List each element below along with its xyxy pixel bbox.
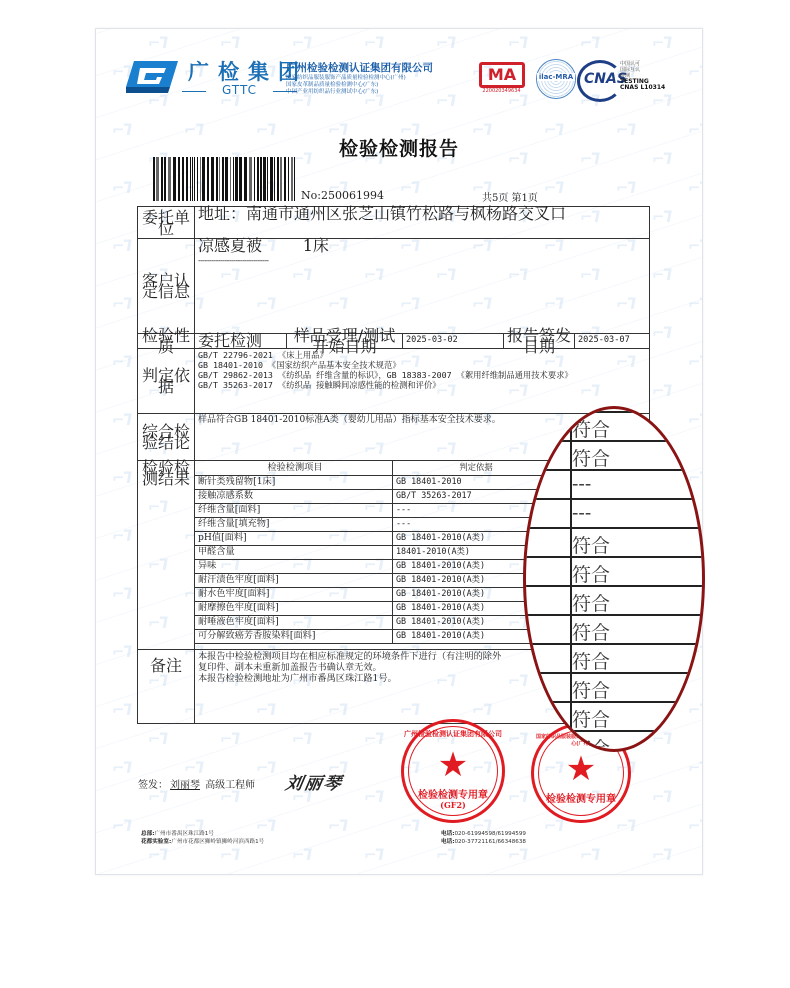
results-row: 甲醛含量18401-2010(A类): [195, 545, 557, 560]
issue-date-label: 报告签发日期: [503, 333, 575, 349]
result-item: 接触凉感系数: [195, 489, 393, 503]
company-name: 广州检验检测认证集团有限公司: [286, 60, 433, 75]
magnified-verdict-row: 符合: [526, 701, 702, 732]
cnas-logo-icon: CNAS: [577, 60, 623, 102]
client-value: 地址：南通市通州区张芝山镇竹松路与枫杨路交叉口: [194, 206, 650, 239]
basis-list: GB/T 22796-2021 《床上用品》 GB 18401-2010 《国家…: [194, 348, 650, 414]
magnified-verdict-row: 符合: [526, 527, 702, 558]
results-header-item: 检验检测项目: [195, 461, 393, 475]
results-row: 耐摩擦色牢度[面料]GB 18401-2010(A类): [195, 601, 557, 616]
result-item: pH值[面料]: [195, 531, 393, 545]
magnified-verdict-row: 符合: [526, 643, 702, 674]
client-label: 委托单位: [137, 206, 195, 239]
cnas-accreditation: 中国认可 国际互认 检测 TESTING CNAS L10314: [620, 61, 665, 91]
customer-info-value: 凉感夏被 1床 --------------------------------: [194, 238, 650, 334]
page-count: 共5页 第1页: [482, 189, 538, 204]
result-item: 纤维含量[填充物]: [195, 517, 393, 531]
lab-address: 广州市花都区狮岭镇狮岭河滨西路1号: [171, 839, 264, 845]
basis-line: GB 18401-2010 《国家纺织产品基本安全技术规范》: [198, 360, 646, 370]
cma-mark: MA 220020349634: [479, 62, 524, 92]
company-sub-1: 国家纺织品服装服饰产品质量检验检测中心(广州): [286, 75, 433, 82]
magnified-verdict-row: ---: [526, 498, 702, 529]
conclusion-label: 综合检验结论: [137, 413, 195, 461]
company-sub-3: 中国产业用纺织品行业测试中心(广东): [286, 89, 433, 96]
results-row: 接触凉感系数GB/T 35263-2017: [195, 489, 557, 504]
star-icon: ★: [534, 752, 628, 786]
results-row: 可分解致癌芳香胺染料[面料]GB 18401-2010(A类): [195, 629, 557, 644]
magnified-verdict-row: 符合: [526, 440, 702, 471]
tel1-value: 020-61994598/61994599: [454, 831, 526, 837]
stamp-left-code: (GF2): [404, 800, 502, 810]
barcode-icon: [151, 157, 299, 201]
results-row: 耐唾液色牢度[面料]GB 18401-2010(A类): [195, 615, 557, 630]
report-number: No:250061994: [301, 189, 384, 202]
magnified-verdict: 符合: [572, 647, 610, 674]
handwritten-signature: 刘丽琴: [284, 769, 345, 794]
magnified-verdict-row: 符合: [526, 672, 702, 703]
result-item: 耐汗渍色牢度[面料]: [195, 573, 393, 587]
magnified-verdict: 符合: [572, 444, 610, 471]
results-label: 检验检测结果: [137, 460, 195, 650]
stamp-right-bottom-text: 检验检测专用章: [534, 790, 628, 805]
result-item: 耐摩擦色牢度[面料]: [195, 601, 393, 615]
results-row: pH值[面料]GB 18401-2010(A类): [195, 531, 557, 546]
tel2-label: 电话:: [441, 839, 454, 845]
results-header: 检验检测项目 判定依据: [195, 461, 557, 476]
nature-label: 检验性质: [137, 333, 195, 349]
stamp-left-ring-text: 广州检验检测认证集团有限公司: [404, 729, 502, 739]
results-row: 耐水色牢度[面料]GB 18401-2010(A类): [195, 587, 557, 602]
ilac-label: ilac-MRA: [537, 73, 575, 81]
basis-line: GB/T 35263-2017 《纺织品 接触瞬间凉感性能的检测和评价》: [198, 380, 646, 390]
results-row: 耐汗渍色牢度[面料]GB 18401-2010(A类): [195, 573, 557, 588]
results-row: 异味GB 18401-2010(A类): [195, 559, 557, 574]
brand-english-name: GTTC: [182, 83, 297, 97]
magnified-verdict-row: 符合: [526, 556, 702, 587]
results-row: 纤维含量[面料]---: [195, 503, 557, 518]
result-item: 纤维含量[面料]: [195, 503, 393, 517]
magnified-verdict: 符合: [572, 560, 610, 587]
customer-info-label: 客户认定信息: [137, 238, 195, 334]
magnified-verdict: 符合: [572, 618, 610, 645]
company-sub-2: 国家皮革制品质量检验检测中心(广东): [286, 82, 433, 89]
magnified-verdict-row: 符合: [526, 585, 702, 616]
result-item: 耐水色牢度[面料]: [195, 587, 393, 601]
issue-date-value: 2025-03-07: [574, 333, 650, 349]
result-item: 甲醛含量: [195, 545, 393, 559]
magnified-verdict-row: 符合: [526, 411, 702, 442]
results-row: 纤维含量[填充物]---: [195, 517, 557, 532]
remarks-label: 备注: [137, 649, 195, 724]
signature-label: 签发：: [138, 780, 168, 791]
star-icon: ★: [404, 748, 502, 782]
footer-phones: 电话:020-61994598/61994599 电话:020-37721161…: [441, 830, 526, 846]
result-item: 断针类残留物[1床]: [195, 475, 393, 489]
magnified-verdict: 符合: [572, 676, 610, 703]
magnified-verdict: 符合: [572, 705, 610, 732]
signer-title: 高级工程师: [205, 780, 255, 791]
company-info: 广州检验检测认证集团有限公司 国家纺织品服装服饰产品质量检验检测中心(广州) 国…: [286, 60, 433, 96]
cma-logo-icon: MA: [479, 62, 525, 88]
magnified-verdict: ---: [572, 502, 591, 524]
lab-label: 花都实验室:: [141, 839, 171, 845]
stamp-left-bottom-text: 检验检测专用章: [404, 786, 502, 801]
result-item: 异味: [195, 559, 393, 573]
start-date-label: 样品受理/测试开始日期: [286, 333, 403, 349]
magnified-verdict-column: 符合符合------符合符合符合符合符合符合符合符合: [526, 409, 702, 749]
magnified-verdict-row: 符合: [526, 730, 702, 752]
cma-number: 220020349634: [479, 88, 524, 94]
official-stamp-left: 广州检验检测认证集团有限公司 ★ 检验检测专用章 (GF2): [401, 719, 505, 823]
hq-address: 广州市番禺区珠江路1号: [154, 831, 214, 837]
magnified-verdict: ---: [572, 473, 591, 495]
magnified-verdict: 符合: [572, 415, 610, 442]
result-item: 耐唾液色牢度[面料]: [195, 615, 393, 629]
hq-label: 总部:: [141, 831, 154, 837]
footer-addresses: 总部:广州市番禺区珠江路1号 花都实验室:广州市花都区狮岭镇狮岭河滨西路1号: [141, 830, 264, 846]
signature-line: 签发：刘丽琴 高级工程师: [138, 776, 255, 791]
tel2-value: 020-37721161/66348638: [454, 839, 526, 845]
magnified-verdict: 符合: [572, 531, 610, 558]
basis-label: 判定依据: [137, 348, 195, 414]
customer-info-line-2: --------------------------------: [198, 255, 646, 266]
result-item: 可分解致癌芳香胺染料[面料]: [195, 629, 393, 643]
customer-info-line-1: 凉感夏被 1床: [198, 240, 646, 251]
basis-line: GB/T 29862-2013 《纺织品 纤维含量的标识》，GB 18383-2…: [198, 370, 646, 380]
magnified-verdict: 符合: [572, 589, 610, 616]
ilac-mra-logo-icon: ilac-MRA: [536, 59, 576, 99]
basis-line: GB/T 22796-2021 《床上用品》: [198, 350, 646, 360]
magnified-verdict-row: ---: [526, 469, 702, 500]
magnified-verdict-row: 符合: [526, 614, 702, 645]
results-row: 断针类残留物[1床]GB 18401-2010: [195, 475, 557, 490]
cnas-code: CNAS L10314: [620, 84, 665, 91]
nature-value: 委托检测: [194, 333, 287, 349]
magnifier-overlay: 符合符合------符合符合符合符合符合符合符合符合: [523, 406, 705, 752]
signer-name: 刘丽琴: [170, 780, 200, 791]
tel1-label: 电话:: [441, 831, 454, 837]
gttc-logo-icon: [126, 57, 178, 93]
start-date-value: 2025-03-02: [402, 333, 504, 349]
